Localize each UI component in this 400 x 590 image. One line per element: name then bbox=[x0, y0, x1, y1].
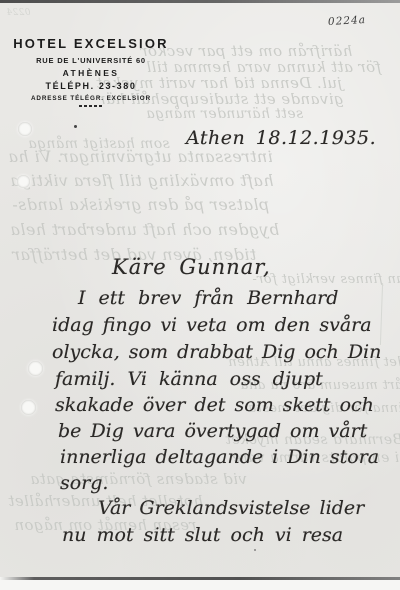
archive-number: 0224a bbox=[328, 14, 367, 28]
scan-background bbox=[0, 580, 400, 590]
handwritten-line: familj. Vi känna oss djupt bbox=[55, 368, 323, 390]
handwritten-line: skakade över det som skett och bbox=[55, 394, 374, 416]
scan-bottom-edge bbox=[0, 577, 400, 580]
crease-line bbox=[380, 283, 383, 345]
bleedthrough-line: haft omväxling till flera viktiga bbox=[10, 171, 274, 190]
salutation: Käre Gunnar, bbox=[112, 255, 271, 279]
date-line: Athen 18.12.1935. bbox=[186, 127, 376, 149]
punch-hole bbox=[18, 122, 32, 136]
handwritten-line: nu mot sitt slut och vi resa bbox=[62, 524, 343, 546]
handwritten-line: sorg. bbox=[60, 472, 108, 494]
ink-dot bbox=[74, 125, 77, 128]
letter-paper: härifrån om ett par veckor för att kunna… bbox=[0, 0, 400, 577]
handwritten-line: innerliga deltagande i Din stora bbox=[60, 446, 379, 468]
bleedthrough-line: platser på den grekiska lands- bbox=[12, 195, 269, 214]
bleedthrough-line: 0224 bbox=[6, 8, 31, 18]
letterhead-divider bbox=[79, 105, 103, 107]
handwritten-line: be Dig vara övertygad om vårt bbox=[58, 420, 367, 442]
hotel-name: HOTEL EXCELSIOR bbox=[10, 36, 172, 51]
ink-dot bbox=[254, 549, 256, 551]
punch-hole bbox=[28, 361, 43, 376]
hotel-phone: TÉLÉPH. 23-380 bbox=[10, 81, 172, 91]
letter-scan: härifrån om ett par veckor för att kunna… bbox=[0, 0, 400, 590]
bleedthrough-line: intressanta utgrävningar. Vi ha bbox=[8, 147, 273, 166]
bleedthrough-line: sett härunder många bbox=[146, 106, 303, 122]
scan-top-edge bbox=[0, 0, 400, 3]
handwritten-line: olycka, som drabbat Dig och Din bbox=[52, 341, 381, 363]
bleedthrough-line: Han finnes verkligt för- bbox=[252, 272, 400, 287]
handwritten-line: I ett brev från Bernhard bbox=[78, 287, 338, 309]
punch-hole bbox=[17, 175, 30, 188]
hotel-telegraph: ADRESSE TÉLÉGR. EXCELSIOR bbox=[10, 95, 172, 102]
handwritten-line: idag fingo vi veta om den svåra bbox=[52, 314, 372, 336]
letterhead: HOTEL EXCELSIOR RUE DE L'UNIVERSITÉ 60 A… bbox=[10, 36, 172, 107]
handwritten-line: Vår Greklandsvistelse lider bbox=[98, 497, 364, 519]
bleedthrough-line: bygden och haft underbart hela bbox=[10, 220, 279, 239]
hotel-street: RUE DE L'UNIVERSITÉ 60 bbox=[10, 56, 172, 65]
punch-hole bbox=[21, 400, 36, 415]
hotel-city: ATHÈNES bbox=[10, 68, 172, 78]
